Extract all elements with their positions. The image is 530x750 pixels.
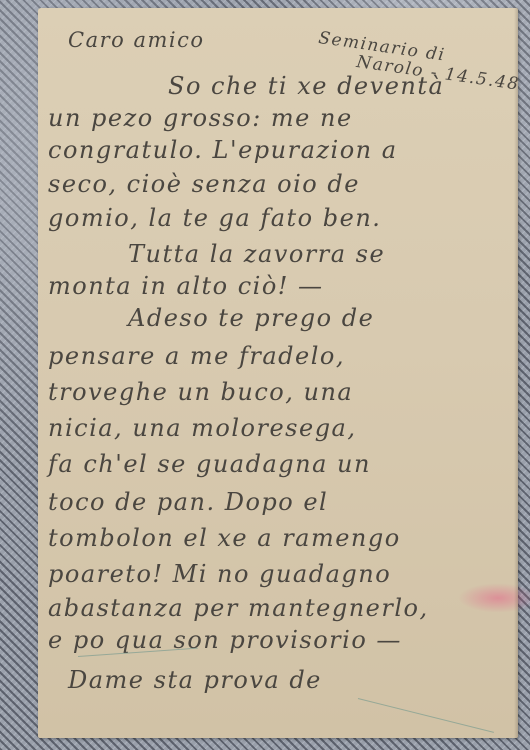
body-line: nicia, una moloresega,	[48, 414, 357, 442]
body-line: abastanza per mantegnerlo,	[48, 594, 429, 622]
red-ink-smudge	[458, 583, 530, 613]
body-line: troveghe un buco, una	[48, 378, 353, 406]
body-line: Adeso te prego de	[128, 304, 374, 332]
pencil-mark	[358, 698, 494, 733]
body-line: monta in alto ciò! —	[48, 272, 324, 300]
body-line: e po qua son provisorio —	[48, 626, 402, 654]
body-line: Dame sta prova de	[68, 666, 322, 694]
body-line: un pezo grosso: me ne	[48, 104, 353, 132]
letter-card: Caro amico Seminario di Narolo - 14.5.48…	[38, 8, 518, 738]
salutation: Caro amico	[68, 28, 205, 52]
body-line: toco de pan. Dopo el	[48, 488, 328, 516]
body-line: pensare a me fradelo,	[48, 342, 345, 370]
body-line: seco, cioè senza oio de	[48, 170, 360, 198]
date: 14.5.48	[443, 64, 520, 94]
body-line: So che ti xe deventà	[168, 72, 444, 100]
body-line: congratulo. L'epurazion a	[48, 136, 398, 164]
body-line: tombolon el xe a ramengo	[48, 524, 401, 552]
body-line: poareto! Mi no guadagno	[48, 560, 391, 588]
body-line: Tutta la zavorra se	[128, 240, 385, 268]
body-line: gomio, la te ga fato ben.	[48, 204, 381, 232]
body-line: fa ch'el se guadagna un	[48, 450, 371, 478]
